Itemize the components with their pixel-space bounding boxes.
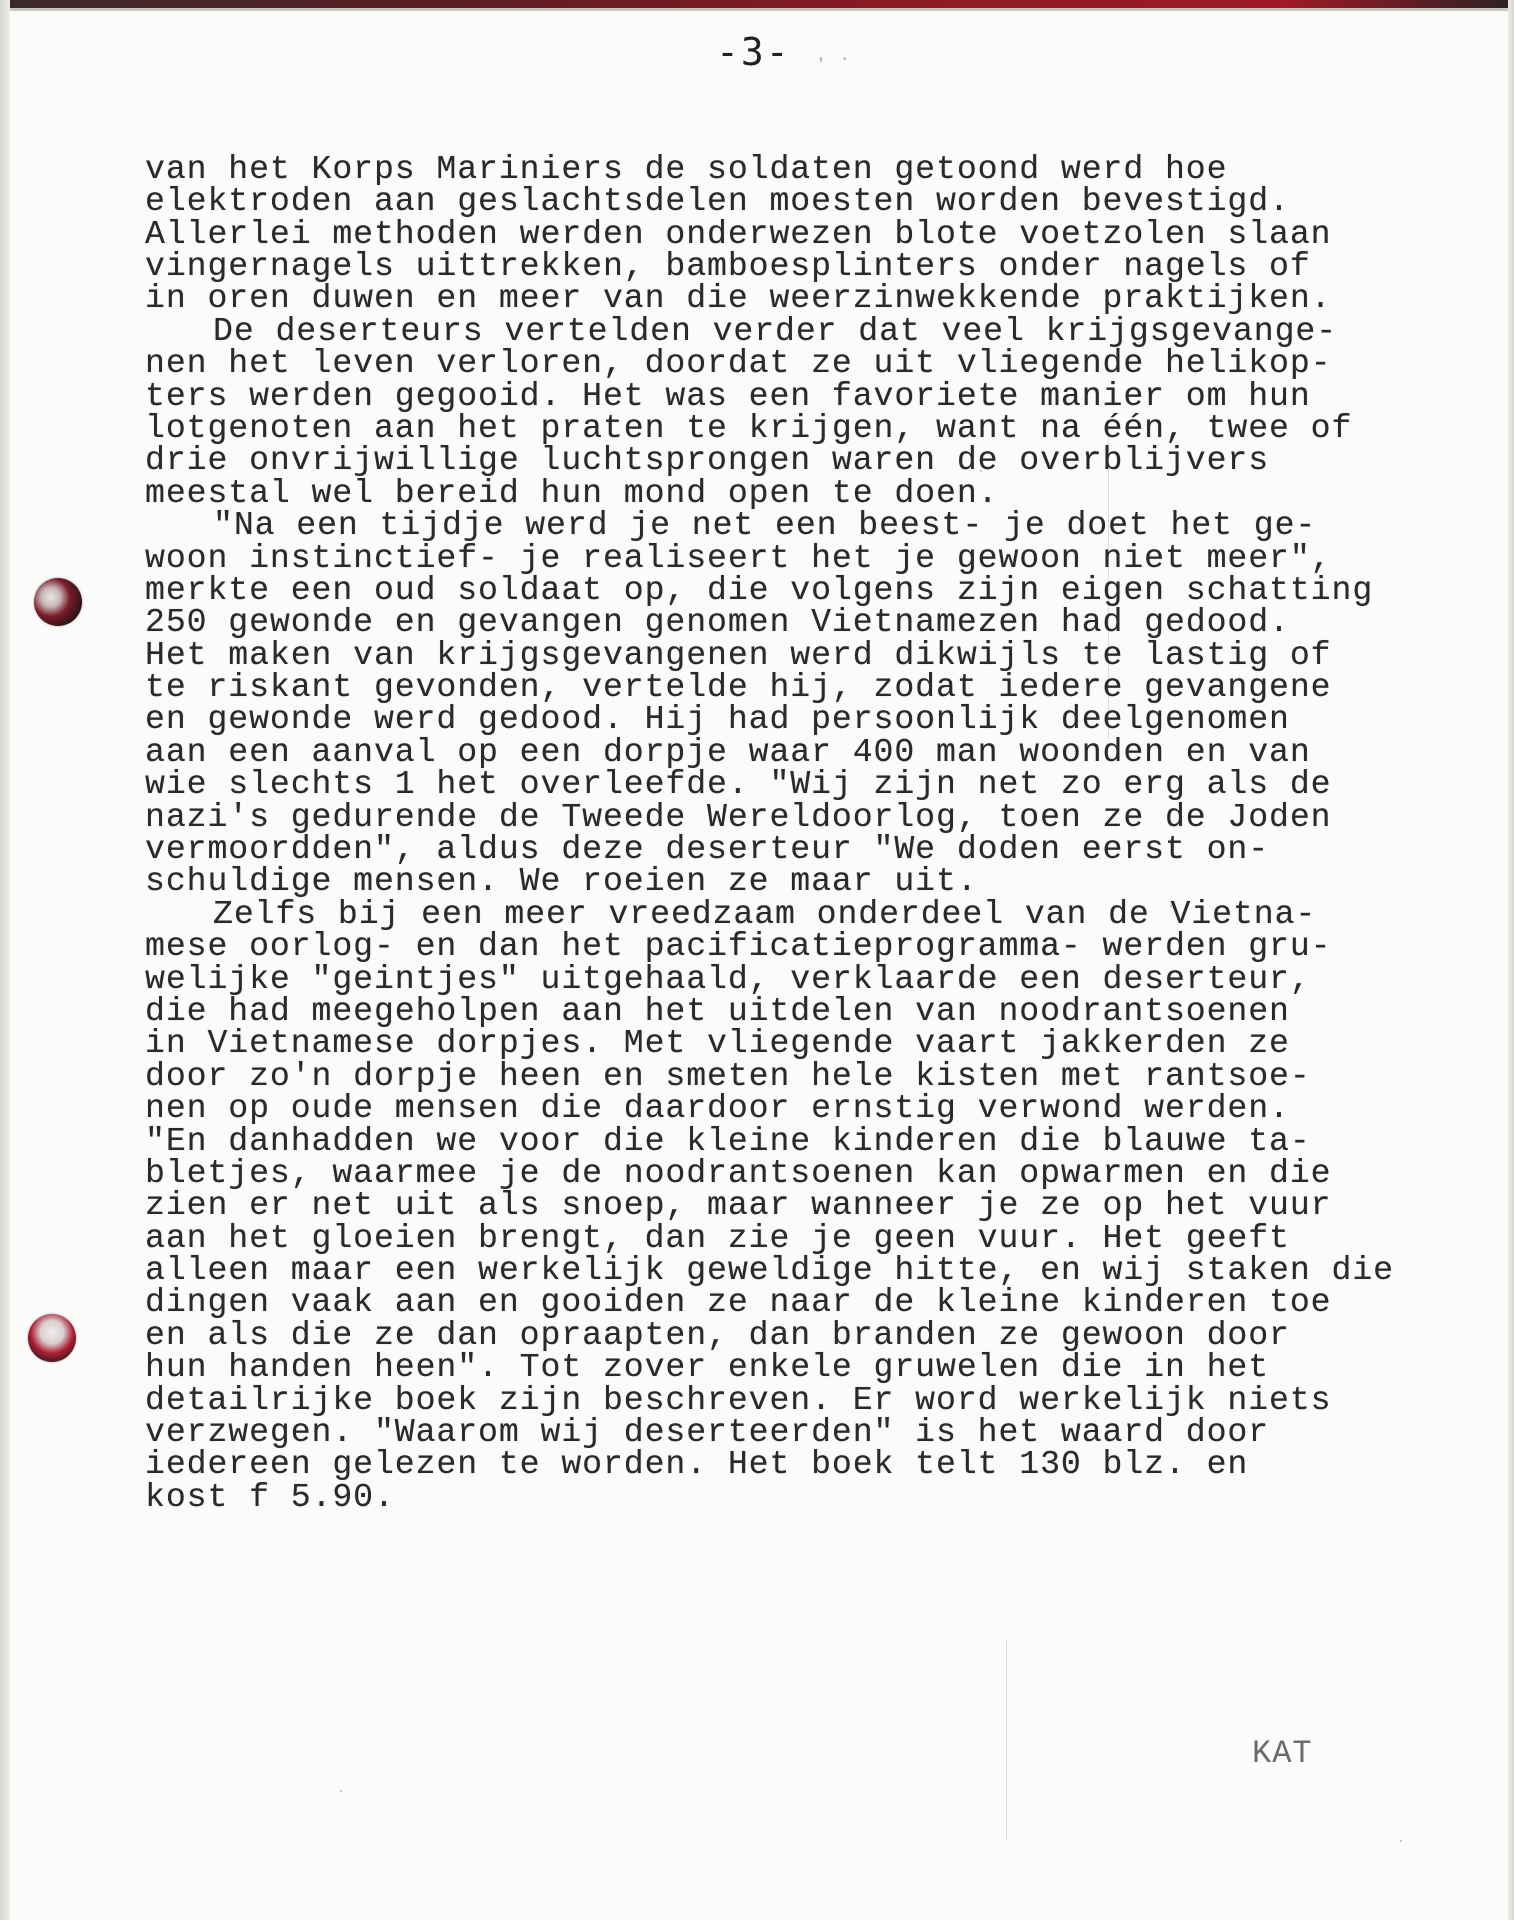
text-line: zien er net uit als snoep, maar wanneer … (145, 1189, 1505, 1221)
text-line: lotgenoten aan het praten te krijgen, wa… (145, 412, 1505, 444)
binding-shadow (0, 8, 1514, 11)
punch-hole-icon (28, 1314, 76, 1362)
text-line: in oren duwen en meer van die weerzinwek… (145, 282, 1505, 314)
text-line: schuldige mensen. We roeien ze maar uit. (145, 865, 1505, 897)
text-line: drie onvrijwillige luchtsprongen waren d… (145, 444, 1505, 476)
punch-hole-icon (34, 578, 82, 626)
text-line: Zelfs bij een meer vreedzaam onderdeel v… (145, 898, 1505, 930)
paper-crease (1006, 1640, 1007, 1840)
text-line: Allerlei methoden werden onderwezen blot… (145, 218, 1505, 250)
text-line: 250 gewonde en gevangen genomen Vietname… (145, 606, 1505, 638)
text-line: mese oorlog- en dan het pacificatieprogr… (145, 930, 1505, 962)
text-line: hun handen heen". Tot zover enkele gruwe… (145, 1351, 1505, 1383)
text-line: die had meegeholpen aan het uitdelen van… (145, 995, 1505, 1027)
text-line: De deserteurs vertelden verder dat veel … (145, 315, 1505, 347)
page-number-text: -3- (716, 30, 791, 74)
text-line: dingen vaak aan en gooiden ze naar de kl… (145, 1286, 1505, 1318)
text-line: en als die ze dan opraapten, dan branden… (145, 1319, 1505, 1351)
text-line: door zo'n dorpje heen en smeten hele kis… (145, 1060, 1505, 1092)
binding-band (0, 0, 1514, 8)
text-line: woon instinctief- je realiseert het je g… (145, 542, 1505, 574)
right-page-edge (1508, 0, 1514, 1920)
paper-speck (1400, 1840, 1402, 1842)
text-line: meestal wel bereid hun mond open te doen… (145, 477, 1505, 509)
text-line: van het Korps Mariniers de soldaten geto… (145, 153, 1505, 185)
text-line: aan een aanval op een dorpje waar 400 ma… (145, 736, 1505, 768)
text-line: en gewonde werd gedood. Hij had persoonl… (145, 703, 1505, 735)
text-line: merkte een oud soldaat op, die volgens z… (145, 574, 1505, 606)
text-line: vingernagels uittrekken, bamboesplinters… (145, 250, 1505, 282)
text-line: iedereen gelezen te worden. Het boek tel… (145, 1448, 1505, 1480)
text-line: te riskant gevonden, vertelde hij, zodat… (145, 671, 1505, 703)
page-number-smudge: · · (816, 49, 852, 70)
text-line: in Vietnamese dorpjes. Met vliegende vaa… (145, 1027, 1505, 1059)
text-line: nen op oude mensen die daardoor ernstig … (145, 1092, 1505, 1124)
text-line: elektroden aan geslachtsdelen moesten wo… (145, 185, 1505, 217)
text-line: vermoordden", aldus deze deserteur "We d… (145, 833, 1505, 865)
paper-speck (340, 1790, 342, 1792)
text-line: ters werden gegooid. Het was een favorie… (145, 380, 1505, 412)
text-line: wie slechts 1 het overleefde. "Wij zijn … (145, 768, 1505, 800)
left-page-edge (0, 0, 10, 1920)
author-signature: KAT (1252, 1735, 1313, 1772)
typewritten-body: van het Korps Mariniers de soldaten geto… (145, 88, 1505, 1513)
text-line: verzwegen. "Waarom wij deserteerden" is … (145, 1416, 1505, 1448)
text-line: kost f 5.90. (145, 1481, 1505, 1513)
text-line: bletjes, waarmee je de noodrantsoenen ka… (145, 1157, 1505, 1189)
text-line: alleen maar een werkelijk geweldige hitt… (145, 1254, 1505, 1286)
text-line: Het maken van krijgsgevangenen werd dikw… (145, 639, 1505, 671)
text-line: nazi's gedurende de Tweede Wereldoorlog,… (145, 801, 1505, 833)
text-line: "Na een tijdje werd je net een beest- je… (145, 509, 1505, 541)
text-line: "En danhadden we voor die kleine kindere… (145, 1125, 1505, 1157)
text-line: nen het leven verloren, doordat ze uit v… (145, 347, 1505, 379)
text-line: detailrijke boek zijn beschreven. Er wor… (145, 1384, 1505, 1416)
text-line: aan het gloeien brengt, dan zie je geen … (145, 1222, 1505, 1254)
document-page: -3- · · van het Korps Mariniers de solda… (0, 0, 1514, 1920)
page-number: -3- · · (716, 30, 851, 74)
text-line: welijke "geintjes" uitgehaald, verklaard… (145, 963, 1505, 995)
